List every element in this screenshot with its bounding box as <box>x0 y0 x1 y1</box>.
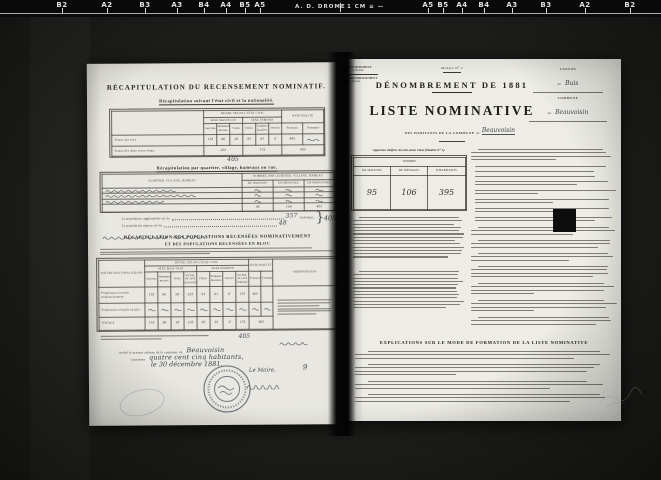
ruler-archive-label: A. D. DROME <box>295 4 346 10</box>
explications-title: EXPLICATIONS SUR LE MODE DE FORMATION DE… <box>347 340 621 345</box>
path-element <box>106 190 176 192</box>
span-element: de <box>476 131 479 135</box>
td-element: 95 <box>242 203 273 211</box>
text-line <box>471 303 617 304</box>
ruler-tick <box>512 8 513 13</box>
ruler-tick <box>62 8 63 13</box>
stray-mark: 9 <box>303 363 308 371</box>
text-line <box>471 269 607 270</box>
td-element: 119 <box>145 317 158 330</box>
svg-element <box>225 307 234 311</box>
td-element: 81 <box>256 134 269 145</box>
text-line <box>478 149 603 150</box>
tr-element: DE MAISONS DE MÉNAGES D'HABITANTS <box>354 167 466 176</box>
svg-element <box>315 198 324 202</box>
svg-element <box>251 307 259 311</box>
text-line <box>471 273 608 274</box>
svg-element <box>199 307 208 311</box>
text-line <box>475 202 553 203</box>
text-line <box>355 354 610 355</box>
span-element: Récapitulation suivant l'état civil et l… <box>159 98 274 105</box>
le-maire-label: Le Maire, <box>249 368 276 374</box>
text-line <box>355 367 594 368</box>
text-line <box>471 307 606 308</box>
td-element: 405 <box>282 145 324 155</box>
handwriting-mark <box>238 307 247 311</box>
handwriting-mark <box>315 198 324 202</box>
text-line <box>353 281 463 282</box>
td-element: 119 <box>204 135 217 146</box>
td-element: Hommes mariés <box>217 123 230 134</box>
td-element: 86 <box>158 317 171 330</box>
td-element <box>184 303 197 317</box>
text-line <box>471 324 596 325</box>
td-element: 172 <box>236 316 249 329</box>
td-element: 86 <box>217 134 230 145</box>
text-line <box>471 247 598 248</box>
table-quartier: QUARTIER, VILLAGE, HAMEAU NOMBRE, PAR QU… <box>102 172 334 211</box>
path-element <box>286 200 292 202</box>
td-element: 28 <box>171 287 184 303</box>
text-line <box>353 250 462 251</box>
path-element <box>174 309 181 311</box>
text-line <box>353 294 459 295</box>
instruction-item <box>475 190 617 197</box>
tbody-element: NOMBRE DE MAISONS DE MÉNAGES D'HABITANTS… <box>354 158 466 210</box>
text-line <box>471 320 611 321</box>
path-element <box>213 309 220 311</box>
path-element <box>316 200 323 202</box>
svg-element <box>315 187 324 191</box>
ruler-tick <box>428 8 429 13</box>
liste-nominative-title: LISTE NOMINATIVE <box>347 103 557 119</box>
handwriting-mark <box>254 188 262 192</box>
text-line <box>475 176 595 177</box>
td-element <box>197 303 210 317</box>
span-element: Beauvoisin <box>482 127 515 135</box>
ruler-tick <box>226 8 227 13</box>
path-element <box>600 387 642 403</box>
ruler-tick <box>484 8 485 13</box>
text-line <box>277 310 330 311</box>
td-element: 172 <box>236 286 249 302</box>
handwriting-mark <box>285 187 293 191</box>
path-element <box>218 386 234 390</box>
text-line <box>101 338 162 339</box>
td-element: 405 <box>249 286 261 302</box>
handwriting-mark <box>306 137 320 141</box>
ruler-tick <box>260 8 261 13</box>
text-line <box>475 171 594 172</box>
tr-element: NOMBRE <box>354 158 466 167</box>
td-element: Veuves <box>269 123 282 134</box>
redaction-square <box>553 209 576 232</box>
instruction-item <box>475 217 617 224</box>
svg-element <box>279 340 309 345</box>
td-element: 405 <box>282 134 303 145</box>
text-line <box>475 208 609 209</box>
td-element: 83 <box>243 134 256 145</box>
path-element <box>239 309 246 311</box>
tr-element: Totaux des deux sexes réunis 233 172 405 <box>112 145 324 156</box>
text-line <box>471 234 573 235</box>
path-element <box>106 195 196 197</box>
path-element <box>200 309 207 311</box>
text-line <box>353 227 461 228</box>
explications-paragraph-4 <box>355 394 613 404</box>
text-line <box>475 190 616 191</box>
text-line <box>353 220 462 221</box>
recap-bloc-title-2: ET DES POPULATIONS RECENSÉES EN BLOC <box>88 240 347 247</box>
text-line <box>277 300 331 301</box>
span-element: Beauvoisin <box>555 109 588 116</box>
svg-element <box>105 199 165 203</box>
observations-note-1 <box>277 300 333 307</box>
explications-paragraph-3 <box>355 381 613 391</box>
text-line <box>355 384 603 385</box>
text-line <box>368 364 600 365</box>
span-element: Buis <box>565 80 578 87</box>
text-line <box>475 199 609 200</box>
text-line <box>471 310 534 311</box>
svg-element <box>212 307 221 311</box>
right-column-paragraph <box>471 253 617 263</box>
text-line <box>471 243 610 244</box>
td-element: NATIONALITÉ <box>249 259 273 271</box>
row-label: Population recensée nominativement <box>99 287 145 303</box>
div-element: COMMUNE <box>525 96 611 100</box>
right-column-paragraph <box>471 317 617 327</box>
td-element: Femmes mariées <box>256 123 269 134</box>
text-line <box>277 302 330 303</box>
text-line <box>355 371 587 372</box>
td-element: 8 <box>223 286 236 302</box>
handwriting-mark <box>105 188 177 193</box>
text-line <box>475 193 538 194</box>
text-line <box>353 307 446 308</box>
td-element: 86 <box>158 287 171 303</box>
tbody-element: NATURE DES POPULATIONS DÉTAIL SELON L'ÉT… <box>99 259 338 331</box>
row-label: Totaux des deux sexes réunis <box>112 146 204 157</box>
ruler-tick <box>462 8 463 13</box>
ruler-tick <box>443 8 444 13</box>
td-element: 106 <box>391 176 428 210</box>
tbody-element: QUARTIER, VILLAGE, HAMEAU NOMBRE, PAR QU… <box>102 173 334 213</box>
text-line <box>478 253 608 254</box>
td-element: 233 <box>184 317 197 330</box>
text-line <box>475 184 577 185</box>
text-line <box>471 230 615 231</box>
left-column-paragraph-2 <box>353 271 465 310</box>
text-line <box>471 156 611 157</box>
handwriting-mark <box>254 199 262 203</box>
page-gutter-shadow <box>328 52 356 436</box>
handwriting-mark <box>186 307 195 311</box>
path-element <box>161 309 168 311</box>
td-element: Étrangers <box>261 271 273 286</box>
text-line <box>471 256 613 257</box>
td-element: 83 <box>197 287 210 303</box>
td-element: Français <box>249 271 261 286</box>
text-line <box>353 274 458 275</box>
grand-total-handwritten: 405 <box>227 156 239 163</box>
ruler-tick <box>546 8 547 13</box>
text-line <box>353 278 458 279</box>
td-element: Garçons <box>145 272 158 287</box>
svg-element <box>254 199 262 203</box>
instruction-item <box>475 166 617 169</box>
observations-note-2 <box>277 308 333 315</box>
text-line <box>475 217 612 218</box>
subtitle-etat-civil: Récapitulation suivant l'état civil et l… <box>87 97 346 104</box>
td-element: Femmes mariées <box>210 271 223 286</box>
td-element <box>236 302 249 316</box>
handwriting-mark <box>173 308 182 312</box>
td-element <box>223 302 236 316</box>
svg-element <box>238 307 247 311</box>
text-line <box>353 291 457 292</box>
text-line <box>475 166 606 167</box>
explications-paragraph-2 <box>355 364 613 377</box>
text-line <box>368 351 600 352</box>
path-element <box>148 309 155 311</box>
span-element: habitants <box>300 215 313 219</box>
ruler-tick <box>107 8 108 13</box>
text-line <box>471 286 614 287</box>
handwriting-mark <box>212 307 221 311</box>
right-column-paragraph <box>471 266 617 279</box>
svg-element <box>105 194 197 199</box>
handwriting-mark <box>263 307 271 311</box>
text-line <box>478 300 603 301</box>
handwriting-mark <box>225 307 234 311</box>
td-element: 95 <box>354 176 391 210</box>
handwriting-mark <box>315 187 324 191</box>
td-element: D'HABITANTS <box>428 167 466 176</box>
td-element: Veufs <box>230 123 243 134</box>
text-line <box>353 284 458 285</box>
svg-element <box>315 193 324 197</box>
left-column-paragraph-1 <box>353 217 465 260</box>
td-element: TOTAL du sexe féminin <box>236 271 249 286</box>
text-line <box>353 237 463 238</box>
text-line <box>478 317 609 318</box>
handwriting-mark <box>199 307 208 311</box>
handwriting-note <box>279 333 309 351</box>
td-element: 119 <box>145 287 158 303</box>
totals-spacer <box>102 204 242 213</box>
recap-bloc-title-1: RÉCAPITULATION DES POPULATIONS RECENSÉES… <box>88 233 347 240</box>
faint-stamp <box>117 384 168 421</box>
microfilm-scan: A. D. DROME 1 CM ≡ — B2A2B3A3B4A4B5A5A5B… <box>0 0 661 480</box>
path-element <box>187 309 194 311</box>
path-element <box>264 309 270 311</box>
instruction-item <box>475 199 617 206</box>
footer-total-handwritten: 405 <box>239 333 251 340</box>
text-line <box>353 297 457 298</box>
td-element: NOMBRE <box>354 158 466 167</box>
tr-element: 95 106 405 <box>102 203 334 213</box>
text-line <box>478 240 609 241</box>
row-label: Totaux par sexe <box>112 135 204 147</box>
table-element: NOMBRE DE MAISONS DE MÉNAGES D'HABITANTS… <box>353 157 466 210</box>
ruler-tick <box>245 8 246 13</box>
explications-paragraph-1 <box>355 351 613 361</box>
td-element: DE MAISONS <box>354 167 391 176</box>
tr-element: 95 106 395 <box>354 176 466 210</box>
ruler-tick <box>145 8 146 13</box>
text-line <box>353 287 456 288</box>
svg-element <box>105 188 177 193</box>
td-element: Français <box>282 123 303 134</box>
text-line <box>368 381 587 382</box>
handwriting-mark <box>285 198 293 202</box>
maire-signature <box>246 377 280 395</box>
right-page-liste-nominative: DÉPARTEMENT de la Drôme ARRONDISSEMENT d… <box>347 59 621 421</box>
row-label: TOTAUX <box>99 317 145 330</box>
left-page-recapitulation: RÉCAPITULATION DU RECENSEMENT NOMINATIF.… <box>87 62 349 426</box>
text-line <box>471 152 606 153</box>
td-element: 8 <box>269 134 282 145</box>
table-element: QUARTIER, VILLAGE, HAMEAU NOMBRE, PAR QU… <box>102 172 335 213</box>
instruction-item <box>475 176 607 179</box>
path-element <box>220 391 232 394</box>
td-element: 28 <box>171 317 184 330</box>
td-element: 81 <box>210 286 223 302</box>
text-line <box>100 247 312 249</box>
text-line <box>471 260 569 261</box>
path-element <box>307 139 319 141</box>
text-line <box>355 397 605 398</box>
right-column-paragraph <box>471 227 617 237</box>
td-element: NATIONALITÉ <box>282 110 324 123</box>
path-element <box>255 200 261 202</box>
path-element <box>316 189 323 191</box>
svg-element <box>246 382 280 390</box>
span-element: DES HABITANTS DE LA COMMUNE <box>405 131 475 135</box>
td-element <box>145 303 158 317</box>
svg-element <box>306 137 320 141</box>
text-line <box>368 394 600 395</box>
td-element: 395 <box>428 176 466 210</box>
text-line <box>359 271 460 272</box>
span-element: de <box>558 82 561 86</box>
handwriting-mark <box>246 382 280 390</box>
table-element: NATURE DES POPULATIONS DÉTAIL SELON L'ÉT… <box>98 258 338 331</box>
td-element <box>249 302 261 316</box>
text-line <box>353 240 455 241</box>
modele-rule <box>443 72 461 73</box>
scratch-marks <box>596 383 646 409</box>
path-element <box>106 201 164 203</box>
text-line <box>355 401 570 402</box>
denombrement-title: DÉNOMBREMENT DE 1881 <box>347 80 557 90</box>
td-element: Veufs <box>171 272 184 287</box>
td-element: 233 <box>184 287 197 303</box>
instruction-item <box>475 181 617 188</box>
svg-element <box>186 307 195 311</box>
text-line <box>353 230 459 231</box>
text-line <box>471 159 556 160</box>
svg-element <box>254 193 262 197</box>
td-element: Filles <box>197 272 210 287</box>
handwriting-mark <box>315 193 324 197</box>
path-element <box>316 194 323 196</box>
text-line <box>471 293 534 294</box>
svg-element <box>173 308 182 312</box>
svg-element <box>285 187 293 191</box>
td-element: Veuves <box>223 271 236 286</box>
subtitle-quartier: Récapitulation par quartier, village, ha… <box>87 164 346 171</box>
ruler-tick <box>177 8 178 13</box>
td-element <box>158 303 171 317</box>
tr-element: Population recensée nominativement 119 8… <box>99 286 337 304</box>
td-element: DE MÉNAGES <box>391 167 428 176</box>
text-line <box>353 253 461 254</box>
table-footer-print <box>101 335 211 341</box>
table-etat-civil: DÉTAIL SELON L'ÉTAT CIVIL NATIONALITÉ SE… <box>111 109 323 155</box>
appel-caption: Appel des chiffres inscrits dans l'état … <box>352 148 466 152</box>
text-line <box>355 358 574 359</box>
svg-element <box>160 308 169 312</box>
path-element <box>247 386 279 390</box>
td-element: TOTAL du sexe masculin <box>184 272 197 287</box>
handwriting-mark <box>251 307 259 311</box>
ruler: A. D. DROME 1 CM ≡ — B2A2B3A3B4A4B5A5A5B… <box>0 0 661 17</box>
text-line <box>353 243 460 244</box>
td-element: 172 <box>243 145 282 155</box>
path-element <box>286 195 292 197</box>
path-element <box>255 195 261 197</box>
td-element: 28 <box>230 134 243 145</box>
td-element: 106 <box>273 203 304 211</box>
path-element <box>252 309 258 311</box>
right-column-paragraph <box>471 283 617 296</box>
td-element <box>261 286 273 302</box>
right-column-paragraph <box>471 240 617 250</box>
td-element: Étrangers <box>303 123 324 134</box>
habitants-line: DES HABITANTS DE LA COMMUNE de Beauvoisi… <box>375 127 545 135</box>
svg-element <box>285 198 293 202</box>
span-element: 48 <box>279 220 287 227</box>
instruction-item <box>475 171 595 174</box>
ruler-tick <box>585 8 586 13</box>
span-element: Récapitulation par quartier, village, ha… <box>157 165 278 172</box>
ruler-tick <box>630 8 631 13</box>
td-element: QUARTIER, VILLAGE, HAMEAU <box>102 173 242 188</box>
handwriting-mark <box>105 199 165 203</box>
right-column-paragraph <box>471 300 617 313</box>
text-line <box>475 181 608 182</box>
td-element: 81 <box>210 316 223 329</box>
text-line <box>353 233 464 234</box>
table-corner <box>112 111 204 136</box>
table-element: DÉTAIL SELON L'ÉTAT CIVIL NATIONALITÉ SE… <box>111 109 324 156</box>
text-line <box>478 227 609 228</box>
td-element: Garçons <box>204 124 217 135</box>
text-line <box>471 290 604 291</box>
ruler-divider <box>340 3 341 12</box>
text-line <box>277 308 332 309</box>
td-element: 83 <box>197 317 210 330</box>
text-line <box>353 301 464 302</box>
ruler-baseline <box>0 13 661 14</box>
text-line <box>100 253 210 255</box>
handwriting-mark <box>279 340 309 345</box>
page-title: RÉCAPITULATION DU RECENSEMENT NOMINATIF. <box>87 82 346 92</box>
text-line <box>355 388 550 389</box>
row-label: Population recensée en bloc <box>99 303 145 317</box>
